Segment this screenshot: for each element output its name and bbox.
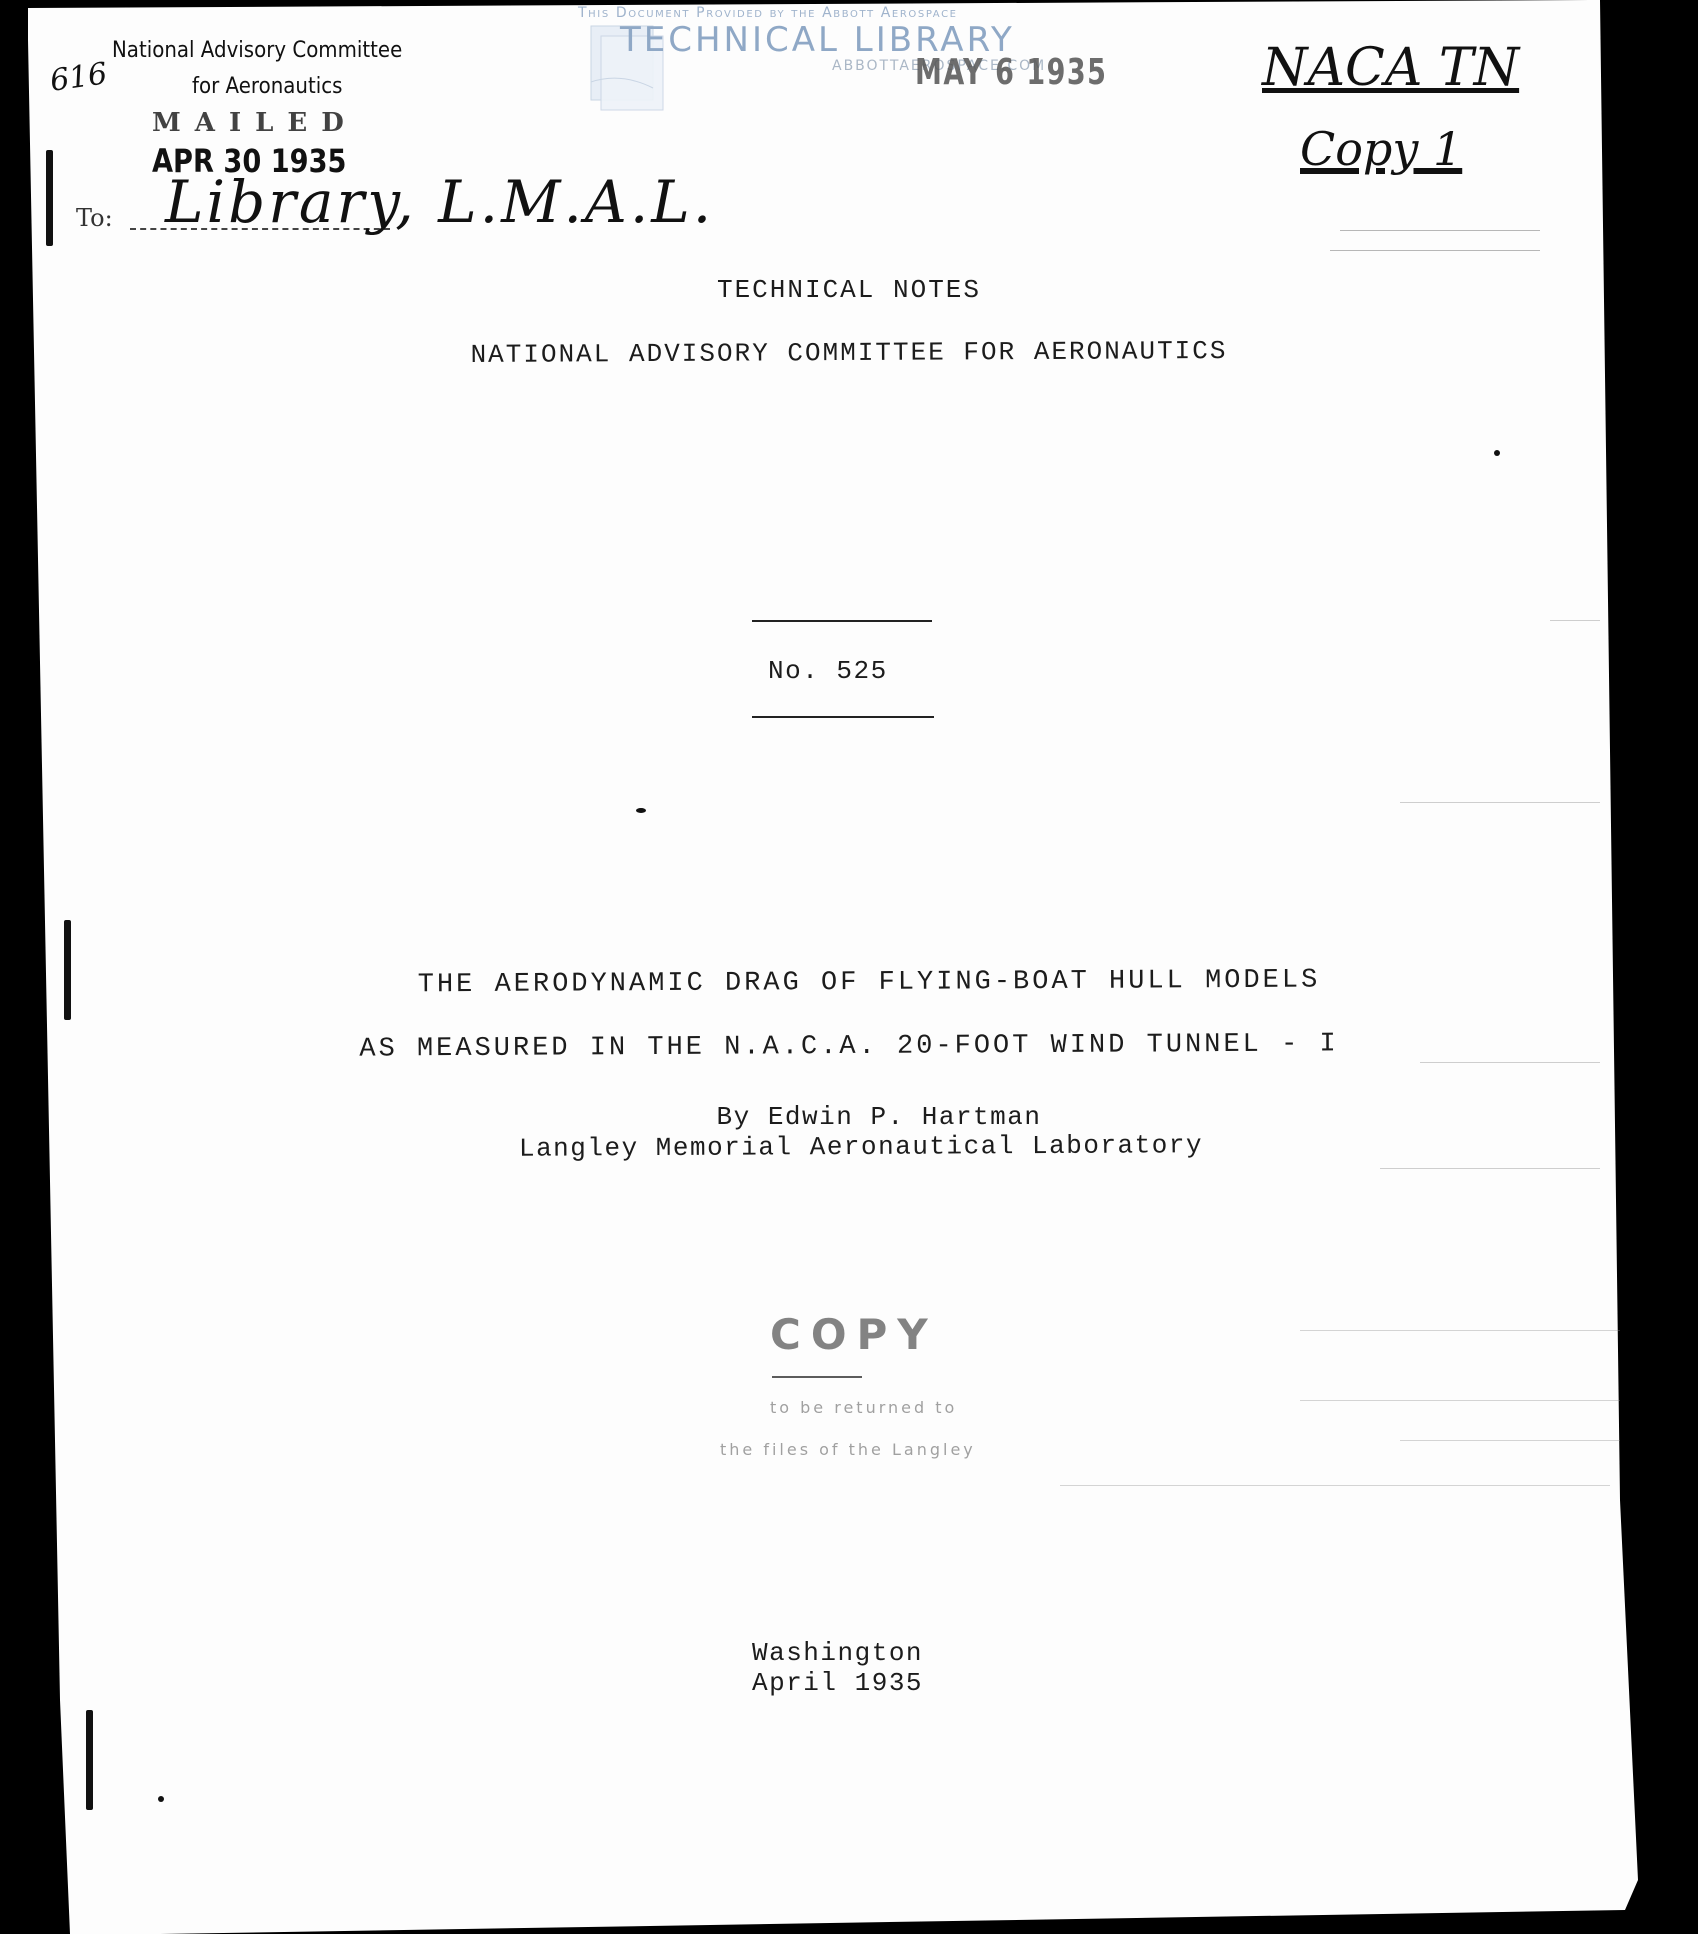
author: By Edwin P. Hartman xyxy=(0,1102,1698,1132)
scan-noise xyxy=(1420,1062,1600,1063)
author-text: By Edwin P. Hartman xyxy=(717,1102,1042,1132)
received-date-stamp: MAY 6 1935 xyxy=(915,52,1107,93)
handwritten-copy-number: Copy 1 xyxy=(1300,122,1462,176)
scan-speck xyxy=(1494,450,1500,456)
stamp-org-line1: National Advisory Committee xyxy=(112,38,402,63)
scan-noise xyxy=(1060,1485,1610,1486)
number-rule-top xyxy=(752,620,932,622)
series-text: TECHNICAL NOTES xyxy=(717,275,981,305)
handwritten-recipient: Library, L.M.A.L. xyxy=(165,168,714,236)
publication-date: April 1935 xyxy=(752,1668,923,1698)
watermark-provided-by: This Document Provided by the Abbott Aer… xyxy=(578,5,958,21)
document-number: No. 525 xyxy=(768,656,888,686)
scan-noise xyxy=(1400,1440,1620,1441)
scan-noise xyxy=(1300,1330,1620,1331)
faded-stamp-rule xyxy=(772,1376,862,1378)
title-line-1-text: THE AERODYNAMIC DRAG OF FLYING-BOAT HULL… xyxy=(418,966,1321,1001)
binding-mark xyxy=(64,920,71,1020)
stamp-org-line2: for Aeronautics xyxy=(192,74,342,99)
number-rule-bottom xyxy=(752,716,934,718)
place: Washington xyxy=(752,1638,923,1668)
scan-speck xyxy=(158,1796,164,1802)
scan-noise xyxy=(1550,620,1600,621)
stamp-mailed: MAILED xyxy=(152,108,358,138)
organization-text: NATIONAL ADVISORY COMMITTEE FOR AERONAUT… xyxy=(470,336,1227,370)
faded-stamp-line1: to be returned to xyxy=(770,1398,957,1417)
affiliation-text: Langley Memorial Aeronautical Laboratory xyxy=(519,1130,1203,1164)
binding-mark xyxy=(86,1710,93,1810)
faded-stamp-line2: the files of the Langley xyxy=(720,1440,976,1459)
scan-noise xyxy=(1380,1168,1600,1169)
scan-speck xyxy=(636,808,646,813)
handwritten-naca-tn: NACA TN xyxy=(1262,38,1519,98)
scan-noise xyxy=(1300,1400,1620,1401)
scan-noise xyxy=(1340,230,1540,231)
faded-copy-stamp: COPY xyxy=(770,1310,938,1359)
scan-noise xyxy=(1400,802,1600,803)
title-line-2-text: AS MEASURED IN THE N.A.C.A. 20-FOOT WIND… xyxy=(359,1029,1338,1064)
binding-mark xyxy=(46,150,53,246)
series-heading: TECHNICAL NOTES xyxy=(0,275,1698,305)
scan-noise xyxy=(1330,250,1540,251)
to-label: To: xyxy=(76,204,113,232)
